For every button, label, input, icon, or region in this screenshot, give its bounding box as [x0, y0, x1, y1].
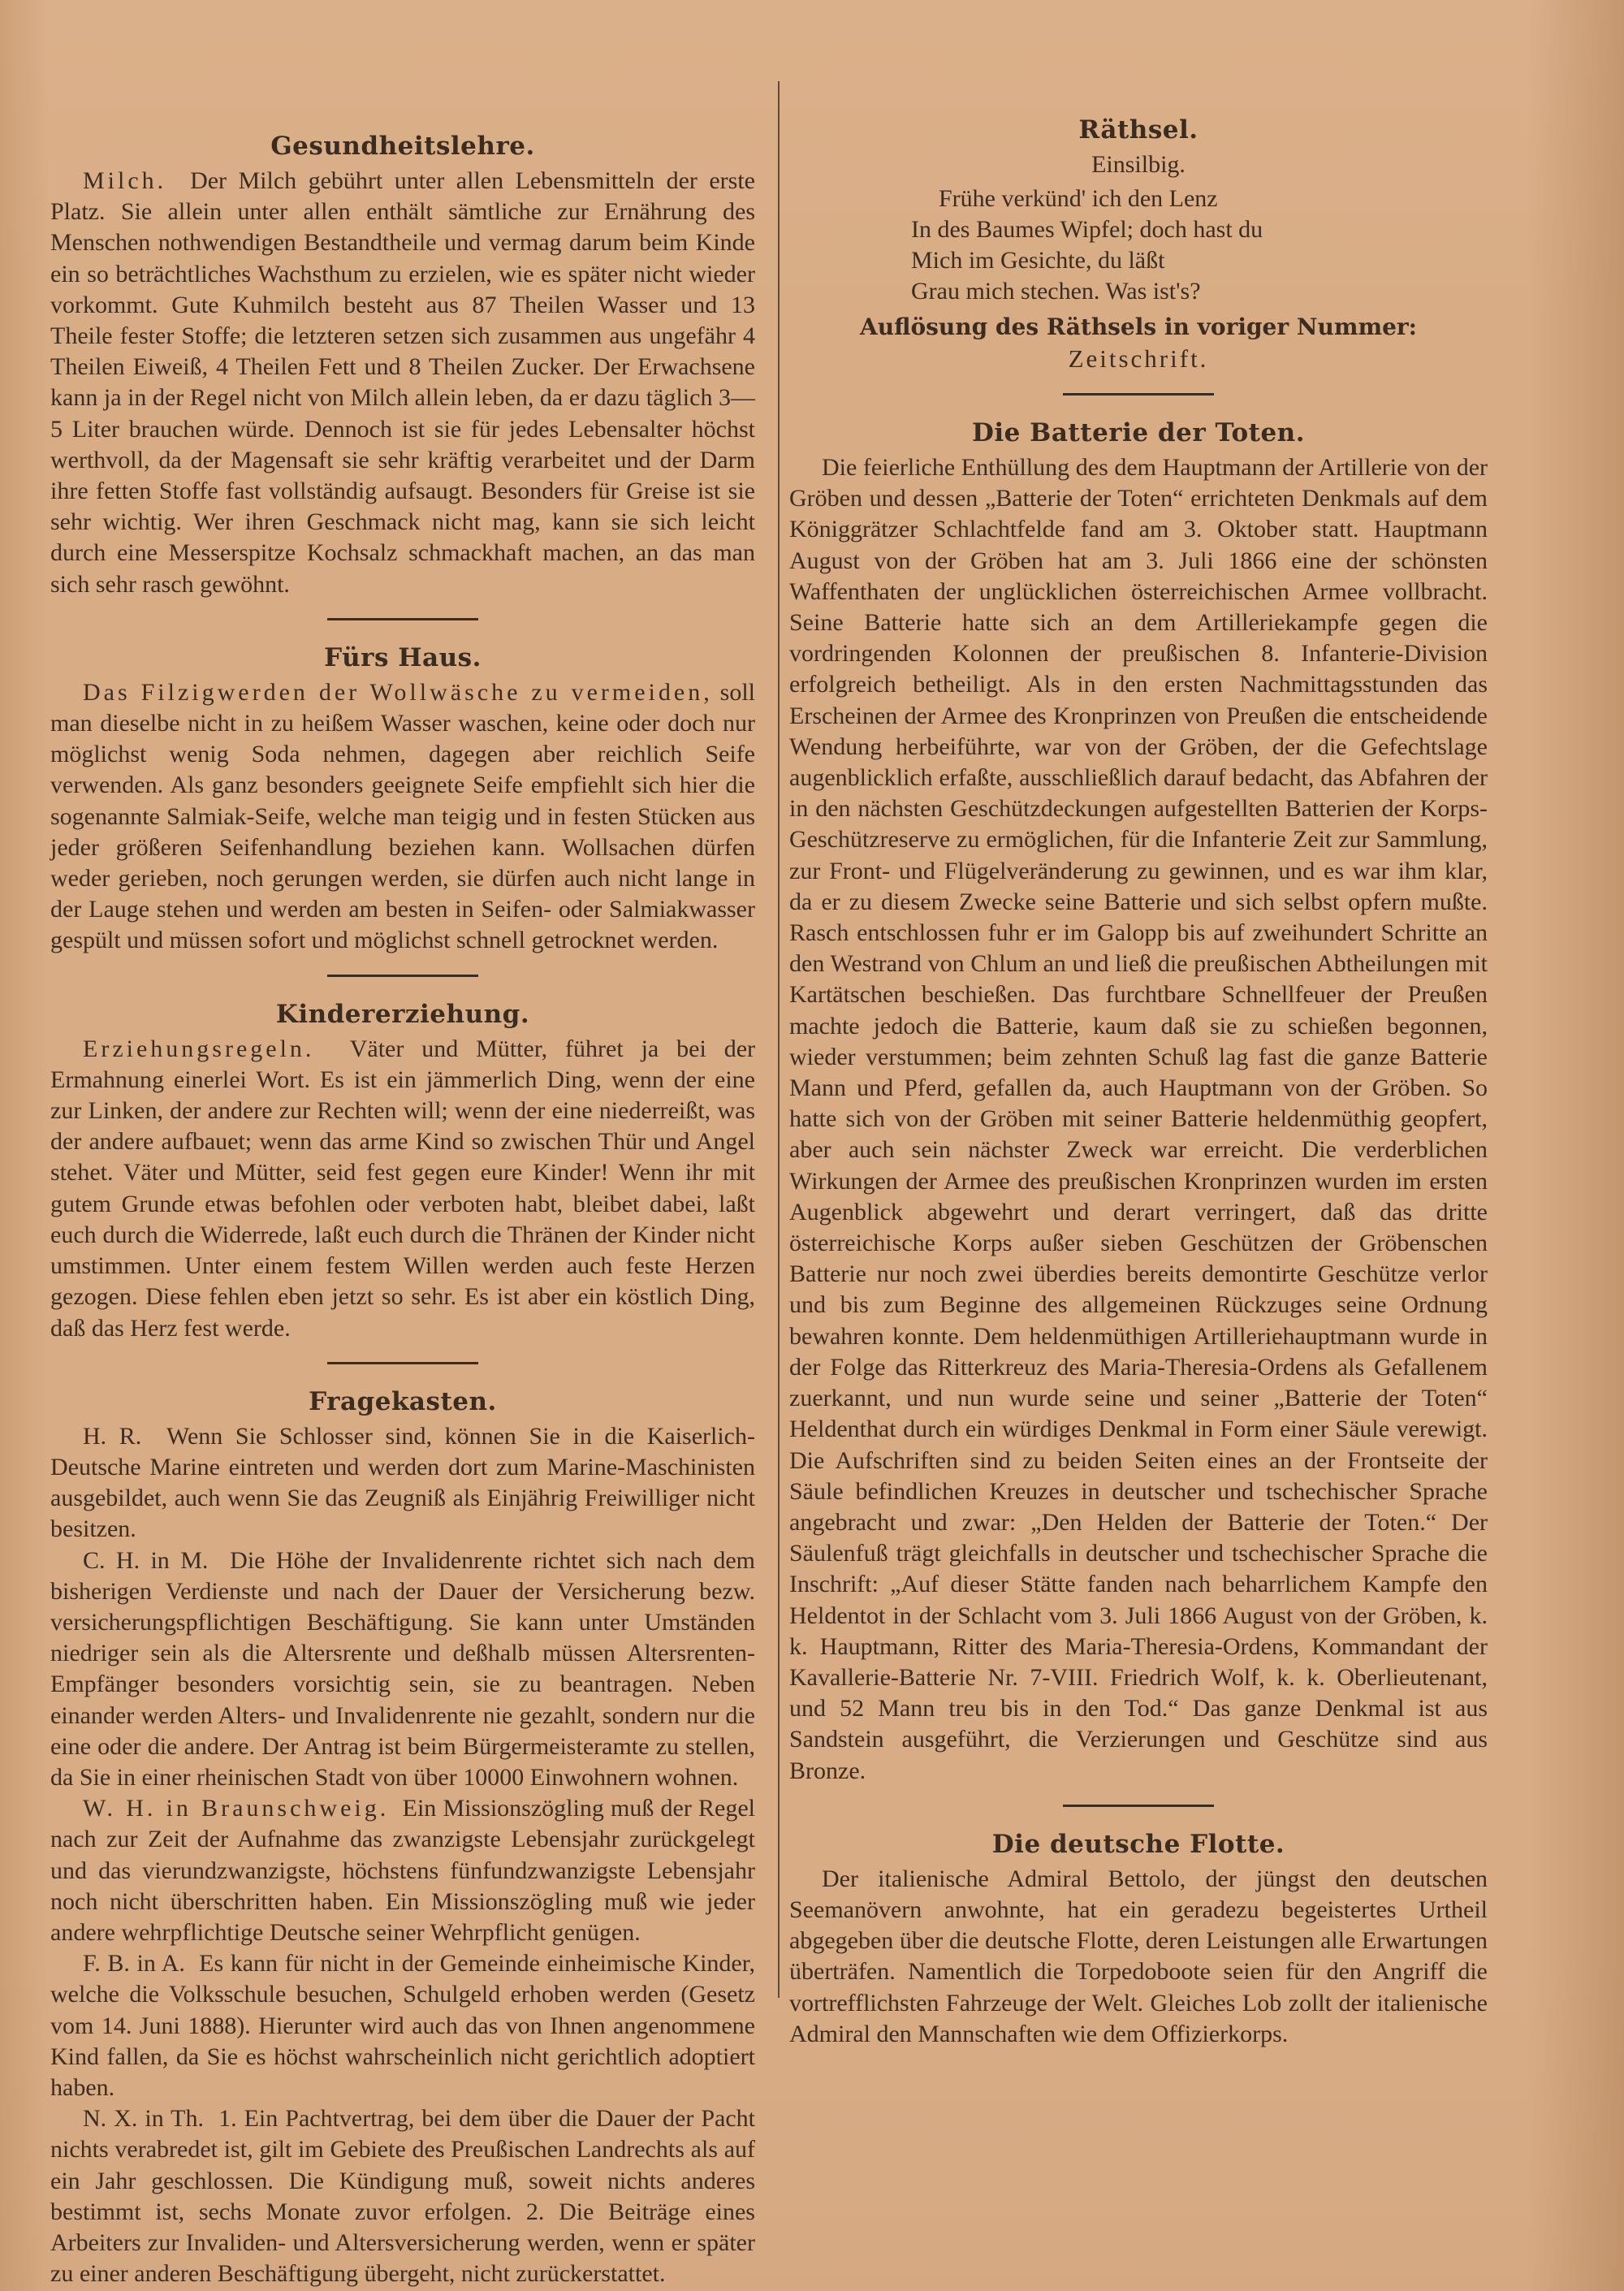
article-fuers-haus: Fürs Haus. Das Filzigwerden der Wollwäsc…: [50, 642, 755, 957]
qa-entry: F. B. in A. Es kann für nicht in der Gem…: [50, 1948, 755, 2103]
lead-word: Erziehungsregeln.: [83, 1035, 314, 1062]
qa-text: 1. Ein Pachtvertrag, bei dem über die Da…: [50, 2105, 755, 2287]
article-body: Erziehungsregeln. Väter und Mütter, führ…: [50, 1034, 755, 1344]
qa-text: Die Höhe der Invalidenrente richtet sich…: [50, 1547, 755, 1791]
column-divider: [778, 81, 780, 1998]
section-heading: Die deutsche Flotte.: [789, 1828, 1488, 1861]
qa-lead: H. R.: [83, 1423, 141, 1450]
verse-line: Frühe verkünd' ich den Lenz: [911, 184, 1488, 214]
riddle-verse: Frühe verkünd' ich den Lenz In des Baume…: [911, 184, 1488, 307]
article-body: Der italienische Admiral Bettolo, der jü…: [789, 1864, 1488, 2050]
lead-word: Milch.: [83, 167, 166, 194]
article-batterie-der-toten: Die Batterie der Toten. Die feierliche E…: [789, 417, 1488, 1787]
qa-entry: C. H. in M. Die Höhe der Invalidenrente …: [50, 1545, 755, 1794]
qa-entry: H. R. Wenn Sie Schlosser sind, können Si…: [50, 1421, 755, 1545]
verse-line: Grau mich stechen. Was ist's?: [911, 276, 1488, 307]
qa-lead: C. H. in M.: [83, 1547, 208, 1574]
section-heading: Fürs Haus.: [50, 642, 755, 674]
riddle-heading: Räthsel.: [789, 114, 1488, 146]
article-body: Die feierliche Enthüllung des dem Hauptm…: [789, 452, 1488, 1787]
section-heading: Fragekasten.: [50, 1385, 755, 1418]
qa-lead: N. X. in Th.: [83, 2105, 204, 2132]
section-heading: Gesundheitslehre.: [50, 130, 755, 162]
left-column: Gesundheitslehre. Milch. Der Milch gebüh…: [50, 130, 755, 2289]
article-deutsche-flotte: Die deutsche Flotte. Der italienische Ad…: [789, 1828, 1488, 2050]
article-kindererziehung: Kindererziehung. Erziehungsregeln. Väter…: [50, 998, 755, 1344]
verse-line: Mich im Gesichte, du läßt: [911, 245, 1488, 276]
verse-line: In des Baumes Wipfel; doch hast du: [911, 214, 1488, 245]
lead-phrase: Das Filzigwerden der Wollwäsche zu verme…: [83, 679, 713, 706]
qa-lead: W. H. in Braunschweig.: [83, 1795, 389, 1822]
section-heading: Kindererziehung.: [50, 998, 755, 1031]
riddle-subtitle: Einsilbig.: [789, 149, 1488, 180]
article-gesundheitslehre: Gesundheitslehre. Milch. Der Milch gebüh…: [50, 130, 755, 600]
section-rule: [327, 618, 478, 620]
qa-lead: F. B. in A.: [83, 1950, 185, 1977]
body-text: soll man dieselbe nicht in zu heißem Was…: [50, 679, 755, 954]
body-text: Der Milch gebührt unter allen Lebensmitt…: [50, 167, 755, 598]
qa-text: Wenn Sie Schlosser sind, können Sie in d…: [50, 1423, 755, 1543]
solution-answer: Zeitschrift.: [789, 343, 1488, 375]
section-rule: [327, 975, 478, 977]
qa-entry: N. X. in Th. 1. Ein Pachtvertrag, bei de…: [50, 2103, 755, 2289]
section-rule: [1063, 1805, 1214, 1807]
article-body: Milch. Der Milch gebührt unter allen Leb…: [50, 166, 755, 600]
article-body: Das Filzigwerden der Wollwäsche zu verme…: [50, 677, 755, 957]
section-rule: [1063, 393, 1214, 396]
newspaper-page: Gesundheitslehre. Milch. Der Milch gebüh…: [0, 0, 1624, 2291]
riddle: Räthsel. Einsilbig. Frühe verkünd' ich d…: [789, 114, 1488, 375]
solution-label: Auflösung des Räthsels in voriger Nummer…: [789, 312, 1488, 343]
body-text: Väter und Mütter, führet ja bei der Erma…: [50, 1035, 755, 1342]
qa-entry: W. H. in Braunschweig. Ein Missionszögli…: [50, 1793, 755, 1948]
section-rule: [327, 1362, 478, 1364]
right-column: Räthsel. Einsilbig. Frühe verkünd' ich d…: [789, 114, 1488, 2050]
section-heading: Die Batterie der Toten.: [789, 417, 1488, 449]
article-fragekasten: Fragekasten. H. R. Wenn Sie Schlosser si…: [50, 1385, 755, 2290]
